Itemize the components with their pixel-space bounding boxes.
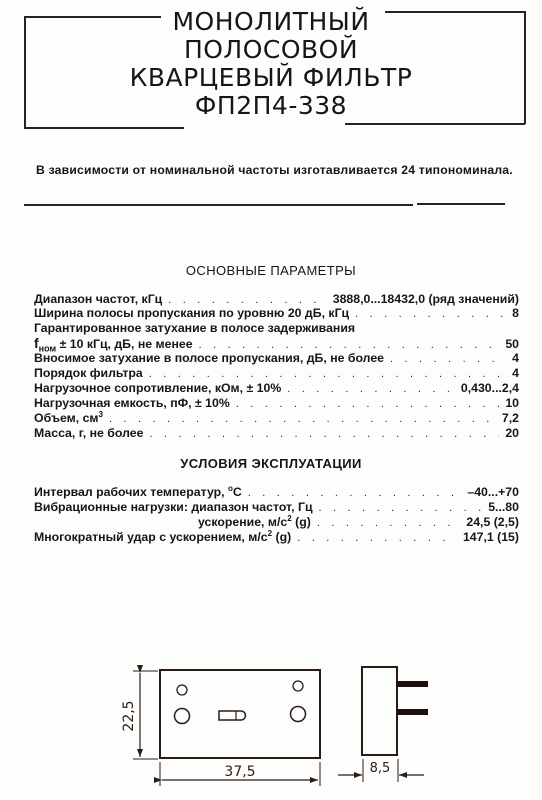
operating-conditions-heading: УСЛОВИЯ ЭКСПЛУАТАЦИИ [0,456,542,471]
param-value: 0,430...2,4 [461,381,519,395]
param-row-mass: Масса, г, не более . . . . . . . . . . .… [34,426,519,440]
label-rest: (g) [292,515,311,529]
param-row-load-capacitance: Нагрузочная емкость, пФ, ± 10% . . . . .… [34,396,519,410]
param-row-frequency-range: Диапазон частот, кГц . . . . . . . . . .… [34,292,519,306]
param-row-insertion-loss: Вносимое затухание в полосе пропускания,… [34,351,519,365]
param-value: 50 [505,337,519,351]
cond-value: 5...80 [488,500,519,514]
param-label: Объем, см3 [34,411,103,425]
param-row-filter-order: Порядок фильтра . . . . . . . . . . . . … [34,366,519,380]
label-main: Многократный удар с ускорением, м/с [34,530,268,544]
param-label: Нагрузочная емкость, пФ, ± 10% [34,396,230,410]
front-view [160,670,320,758]
dimension-drawing: 22,5 37,5 8,5 [0,640,542,800]
intro-text: В зависимости от номинальной частоты изг… [36,163,513,177]
param-row-load-resistance: Нагрузочное сопротивление, кОм, ± 10% . … [34,381,519,395]
param-label: Порядок фильтра [34,366,143,380]
title-model: ФП2П4-338 [0,92,542,120]
param-label: Нагрузочное сопротивление, кОм, ± 10% [34,381,281,395]
cond-value: 147,1 (15) [463,530,519,544]
depth-dimension-label: 8,5 [370,761,391,776]
label-main: Объем, см [34,411,99,425]
leader-dots: . . . . . . . . . . . . . . . . . . . . … [248,486,462,500]
label-sup: 3 [99,410,103,419]
height-dimension-label: 22,5 [121,700,137,731]
leader-dots: . . . . . . . . . . . . . . . . . . . . … [109,412,496,426]
cond-label: Интервал рабочих температур, оС [34,485,242,499]
leader-dots: . . . . . . . . . . . . . . . . . . . . … [149,427,499,441]
leader-dots: . . . . . . . . . . . . . . . . . . . . … [149,367,506,381]
param-label: fном ± 10 кГц, дБ, не менее [34,336,193,351]
cond-label: ускорение, м/с2 (g) [198,515,311,529]
param-row-stopband-attenuation-cont: fном ± 10 кГц, дБ, не менее . . . . . . … [34,336,519,350]
param-label: Диапазон частот, кГц [34,292,162,306]
cond-label: Многократный удар с ускорением, м/с2 (g) [34,530,291,544]
leader-dots: . . . . . . . . . . . . . . . . . . . . … [317,516,461,530]
leader-dots: . . . . . . . . . . . . . . . . . . . . … [390,352,506,366]
leader-dots: . . . . . . . . . . . . . . . . . . . . … [236,397,500,411]
label-main: ускорение, м/с [198,515,287,529]
param-value: 10 [505,396,519,410]
leader-dots: . . . . . . . . . . . . . . . . . . . . … [168,293,327,307]
side-view [362,667,428,755]
cond-value: 24,5 (2,5) [466,515,519,529]
param-label: Масса, г, не более [34,426,143,440]
param-value: 4 [512,366,519,380]
param-label: Гарантированное затухание в полосе задер… [34,321,355,335]
param-row-volume: Объем, см3 . . . . . . . . . . . . . . .… [34,411,519,425]
cond-row-vibration-frequency: Вибрационные нагрузки: диапазон частот, … [34,500,519,514]
leader-dots: . . . . . . . . . . . . . . . . . . . . … [355,307,506,321]
width-dimension-label: 37,5 [224,764,255,780]
param-label: Вносимое затухание в полосе пропускания,… [34,351,384,365]
label-rest: ± 10 кГц, дБ, не менее [56,337,192,351]
leader-dots: . . . . . . . . . . . . . . . . . . . . … [199,338,500,352]
cond-value: –40...+70 [467,485,519,499]
param-value: 3888,0...18432,0 (ряд значений) [333,292,519,306]
param-row-bandwidth: Ширина полосы пропускания по уровню 20 д… [34,306,519,320]
main-params-heading: ОСНОВНЫЕ ПАРАМЕТРЫ [0,263,542,278]
leader-dots: . . . . . . . . . . . . . . . . . . . . … [319,501,483,515]
label-main: Интервал рабочих температур, [34,485,228,499]
title-line-3: КВАРЦЕВЫЙ ФИЛЬТР [0,64,542,92]
param-value: 20 [505,426,519,440]
pin-bottom [397,709,428,715]
label-rest: (g) [272,530,291,544]
param-label: Ширина полосы пропускания по уровню 20 д… [34,306,349,320]
title-box-bottom-right [345,123,525,125]
title-line-2: ПОЛОСОВОЙ [0,36,542,64]
cond-row-shock: Многократный удар с ускорением, м/с2 (g)… [34,530,519,544]
divider-long [24,204,413,206]
param-value: 7,2 [502,411,519,425]
leader-dots: . . . . . . . . . . . . . . . . . . . . … [287,382,455,396]
pin-top [397,681,428,687]
cond-label: Вибрационные нагрузки: диапазон частот, … [34,500,313,514]
param-value: 8 [512,306,519,320]
param-row-stopband-attenuation: Гарантированное затухание в полосе задер… [34,321,519,335]
leader-dots: . . . . . . . . . . . . . . . . . . . . … [297,531,457,545]
title-box-bottom-left [25,127,184,129]
divider-short [417,203,505,205]
title-line-1: МОНОЛИТНЫЙ [0,8,542,36]
cond-row-vibration-acceleration: ускорение, м/с2 (g) . . . . . . . . . . … [198,515,519,529]
param-value: 4 [512,351,519,365]
cond-row-temperature: Интервал рабочих температур, оС . . . . … [34,485,519,499]
label-rest: С [233,485,242,499]
